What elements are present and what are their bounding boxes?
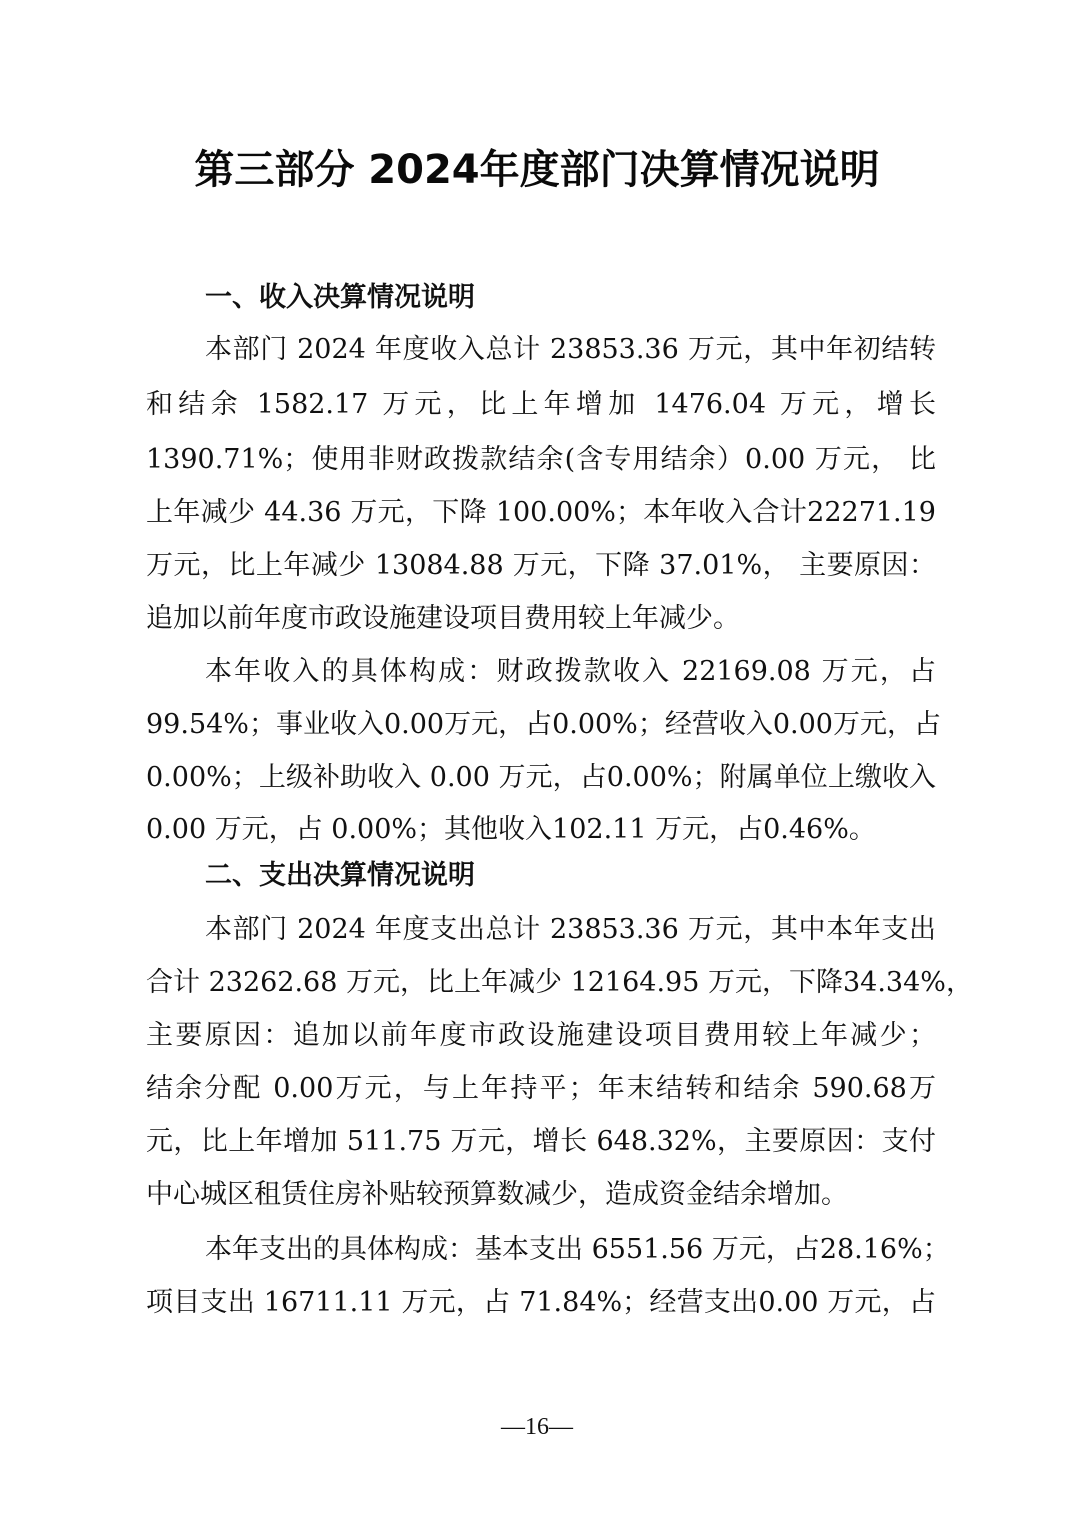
- paragraph-line: 本部门 2024 年度支出总计 23853.36 万元，其中本年支出: [205, 910, 936, 950]
- paragraph-line: 主要原因：追加以前年度市政设施建设项目费用较上年减少；: [146, 1016, 936, 1056]
- page-title: 第三部分 2024年度部门决算情况说明: [0, 142, 1074, 198]
- paragraph-line: 上年减少 44.36 万元，下降 100.00%；本年收入合计22271.19: [146, 493, 936, 533]
- paragraph-line: 1390.71%；使用非财政拨款结余(含专用结余）0.00 万元， 比: [146, 440, 936, 480]
- paragraph-line: 结余分配 0.00万元，与上年持平；年末结转和结余 590.68万: [146, 1069, 936, 1109]
- section-heading-income: 一、收入决算情况说明: [205, 278, 475, 318]
- paragraph-line: 0.00 万元，占 0.00%；其他收入102.11 万元，占0.46%。: [146, 810, 936, 850]
- paragraph-line: 本年收入的具体构成：财政拨款收入 22169.08 万元，占: [205, 652, 936, 692]
- paragraph-line: 元，比上年增加 511.75 万元，增长 648.32%，主要原因：支付: [146, 1122, 936, 1162]
- paragraph-line: 万元，比上年减少 13084.88 万元，下降 37.01%， 主要原因：: [146, 546, 936, 586]
- paragraph-line: 和结余 1582.17 万元，比上年增加 1476.04 万元，增长: [146, 385, 936, 425]
- paragraph-line: 合计 23262.68 万元，比上年减少 12164.95 万元，下降34.34…: [146, 963, 936, 1003]
- section-heading-expenditure: 二、支出决算情况说明: [205, 856, 475, 896]
- page-number: —16—: [0, 1412, 1074, 1442]
- paragraph-line: 99.54%；事业收入0.00万元，占0.00%；经营收入0.00万元，占: [146, 705, 936, 745]
- paragraph-line: 本部门 2024 年度收入总计 23853.36 万元，其中年初结转: [205, 330, 936, 370]
- paragraph-line: 项目支出 16711.11 万元，占 71.84%；经营支出0.00 万元，占: [146, 1283, 936, 1323]
- paragraph-line: 0.00%；上级补助收入 0.00 万元，占0.00%；附属单位上缴收入: [146, 758, 936, 798]
- paragraph-line: 追加以前年度市政设施建设项目费用较上年减少。: [146, 599, 936, 639]
- paragraph-line: 本年支出的具体构成：基本支出 6551.56 万元，占28.16%；: [205, 1230, 936, 1270]
- paragraph-line: 中心城区租赁住房补贴较预算数减少，造成资金结余增加。: [146, 1175, 936, 1215]
